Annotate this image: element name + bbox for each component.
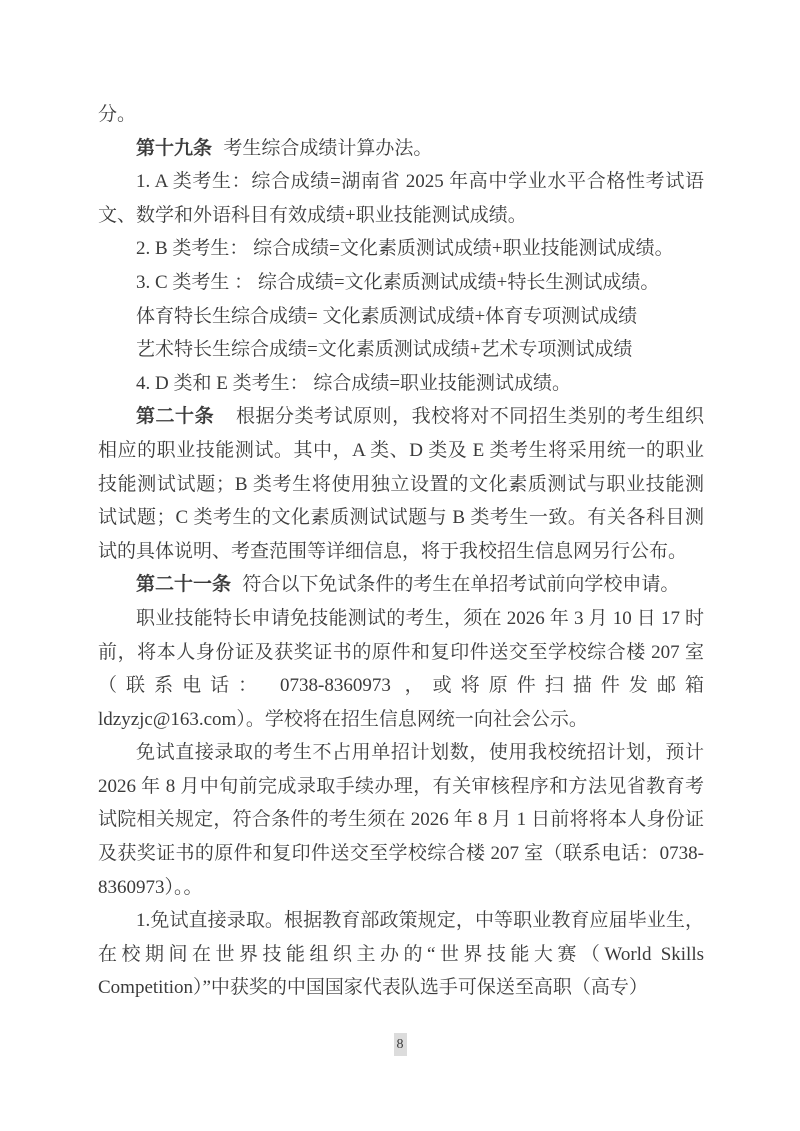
article-20-text: 根据分类考试原则，我校将对不同招生类别的考生组织相应的职业技能测试。其中，A 类…	[98, 406, 704, 561]
document-page: 分。 第十九条考生综合成绩计算办法。 1. A 类考生：综合成绩=湖南省 202…	[0, 0, 800, 1131]
paragraph-direct-admission-rule: 1.免试直接录取。根据教育部政策规定，中等职业教育应届毕业生，在校期间在世界技能…	[98, 904, 704, 1005]
item-category-c: 3. C 类考生 ： 综合成绩=文化素质测试成绩+特长生测试成绩。	[98, 266, 704, 300]
item-category-a: 1. A 类考生：综合成绩=湖南省 2025 年高中学业水平合格性考试语文、数学…	[98, 165, 704, 232]
paragraph-skill-exemption-application: 职业技能特长申请免技能测试的考生，须在 2026 年 3 月 10 日 17 时…	[98, 602, 704, 736]
item-category-d-e: 4. D 类和 E 类考生： 综合成绩=职业技能测试成绩。	[98, 367, 704, 401]
article-19-number: 第十九条	[136, 138, 212, 159]
article-21-text: 符合以下免试条件的考生在单招考试前向学校申请。	[242, 574, 679, 595]
document-body: 分。 第十九条考生综合成绩计算办法。 1. A 类考生：综合成绩=湖南省 202…	[98, 98, 704, 1005]
paragraph-exemption-admission-procedure: 免试直接录取的考生不占用单招计划数，使用我校统招计划，预计 2026 年 8 月…	[98, 736, 704, 904]
article-20-paragraph: 第二十条根据分类考试原则，我校将对不同招生类别的考生组织相应的职业技能测试。其中…	[98, 400, 704, 568]
page-footer: 8	[0, 1033, 800, 1056]
item-arts-talent-formula: 艺术特长生综合成绩=文化素质测试成绩+艺术专项测试成绩	[98, 333, 704, 367]
item-category-b: 2. B 类考生： 综合成绩=文化素质测试成绩+职业技能测试成绩。	[98, 232, 704, 266]
item-sports-talent-formula: 体育特长生综合成绩= 文化素质测试成绩+体育专项测试成绩	[98, 300, 704, 334]
paragraph-overflow-from-previous-page: 分。	[98, 98, 704, 132]
article-21-number: 第二十一条	[136, 574, 231, 595]
article-19-heading: 第十九条考生综合成绩计算办法。	[98, 132, 704, 166]
page-number: 8	[394, 1033, 407, 1056]
article-20-number: 第二十条	[136, 406, 214, 427]
article-21-heading: 第二十一条符合以下免试条件的考生在单招考试前向学校申请。	[98, 568, 704, 602]
article-19-text: 考生综合成绩计算办法。	[223, 138, 432, 159]
